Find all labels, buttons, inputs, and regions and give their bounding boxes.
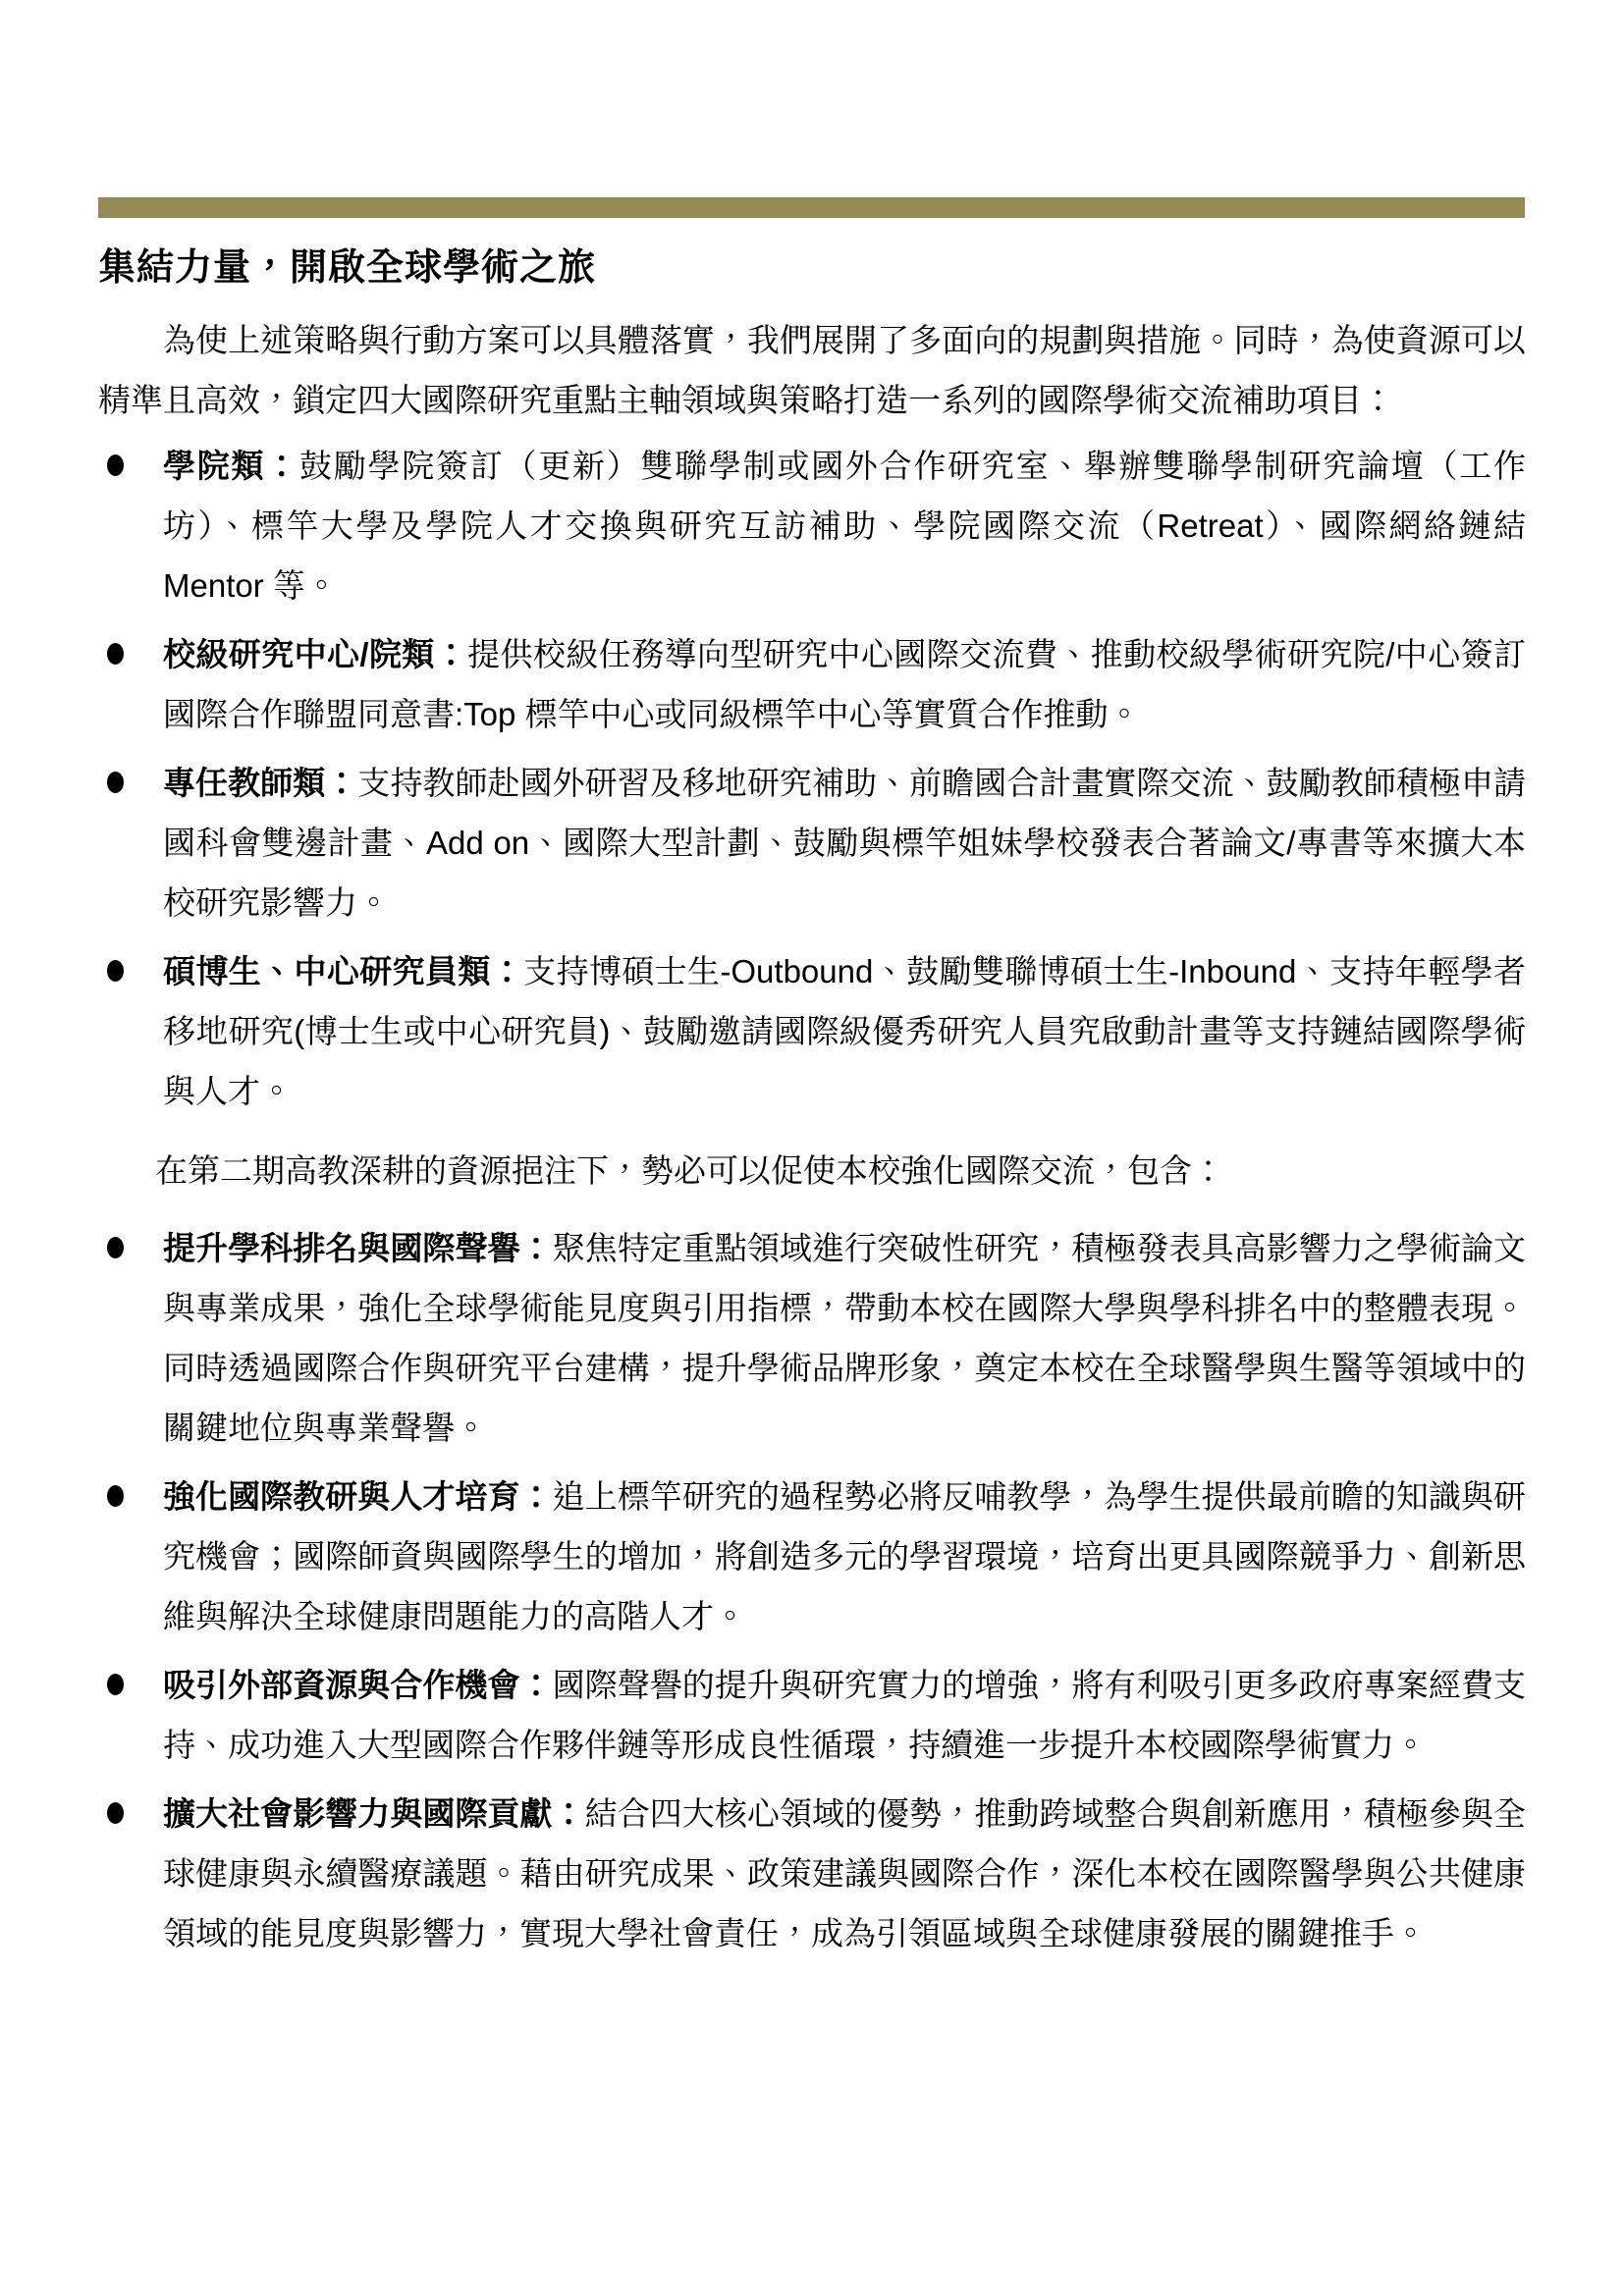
list-item: 學院類：鼓勵學院簽訂（更新）雙聯學制或國外合作研究室、舉辦雙聯學制研究論壇（工作… (98, 436, 1526, 615)
accent-divider-bar (98, 197, 1525, 218)
list-item-label: 學院類： (163, 448, 299, 484)
list-item-label: 提升學科排名與國際聲譽： (163, 1230, 553, 1266)
list-item-label: 吸引外部資源與合作機會： (163, 1667, 553, 1703)
intro-paragraph: 為使上述策略與行動方案可以具體落實，我們展開了多面向的規劃與措施。同時，為使資源… (98, 310, 1526, 430)
list-item: 專任教師類：支持教師赴國外研習及移地研究補助、前瞻國合計畫實際交流、鼓勵教師積極… (98, 753, 1526, 933)
bullet-icon (107, 1485, 124, 1507)
list-item: 提升學科排名與國際聲譽：聚焦特定重點領域進行突破性研究，積極發表具高影響力之學術… (98, 1218, 1526, 1458)
bullet-icon (107, 960, 124, 982)
transition-paragraph: 在第二期高教深耕的資源挹注下，勢必可以促使本校強化國際交流，包含： (98, 1141, 1526, 1201)
document-page: 集結力量，開啟全球學術之旅 為使上述策略與行動方案可以具體落實，我們展開了多面向… (0, 0, 1624, 2296)
document-content: 集結力量，開啟全球學術之旅 為使上述策略與行動方案可以具體落實，我們展開了多面向… (98, 245, 1526, 1972)
list-item-label: 校級研究中心/院類： (163, 636, 467, 672)
bullet-icon (107, 643, 124, 665)
list-item: 強化國際教研與人才培育：追上標竿研究的過程勢必將反哺教學，為學生提供最前瞻的知識… (98, 1467, 1526, 1646)
list-item-label: 碩博生、中心研究員類： (163, 953, 523, 989)
list-item: 吸引外部資源與合作機會：國際聲譽的提升與研究實力的增強，將有利吸引更多政府專案經… (98, 1655, 1526, 1775)
list-item: 擴大社會影響力與國際貢獻：結合四大核心領域的優勢，推動跨域整合與創新應用，積極參… (98, 1784, 1526, 1963)
list-item-text: 支持教師赴國外研習及移地研究補助、前瞻國合計畫實際交流、鼓勵教師積極申請國科會雙… (163, 765, 1526, 921)
list-item-label: 強化國際教研與人才培育： (163, 1478, 553, 1515)
benefit-list: 提升學科排名與國際聲譽：聚焦特定重點領域進行突破性研究，積極發表具高影響力之學術… (98, 1218, 1526, 1963)
bullet-icon (107, 772, 124, 793)
bullet-icon (107, 1802, 124, 1824)
page-title: 集結力量，開啟全球學術之旅 (98, 245, 1526, 291)
list-item-label: 擴大社會影響力與國際貢獻： (163, 1795, 585, 1832)
list-item-label: 專任教師類： (163, 765, 357, 801)
list-item: 校級研究中心/院類：提供校級任務導向型研究中心國際交流費、推動校級學術研究院/中… (98, 624, 1526, 744)
list-item-text: 鼓勵學院簽訂（更新）雙聯學制或國外合作研究室、舉辦雙聯學制研究論壇（工作坊）、標… (163, 448, 1526, 604)
list-item: 碩博生、中心研究員類：支持博碩士生-Outbound、鼓勵雙聯博碩士生-Inbo… (98, 941, 1526, 1121)
subsidy-category-list: 學院類：鼓勵學院簽訂（更新）雙聯學制或國外合作研究室、舉辦雙聯學制研究論壇（工作… (98, 436, 1526, 1121)
bullet-icon (107, 1674, 124, 1695)
bullet-icon (107, 454, 124, 476)
bullet-icon (107, 1237, 124, 1258)
